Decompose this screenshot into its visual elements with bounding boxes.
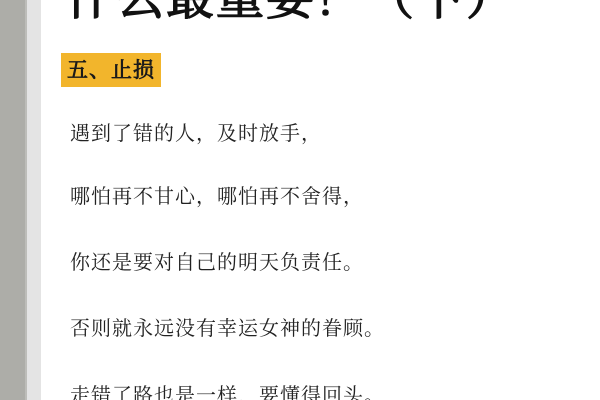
- body-line-3: 你还是要对自己的明天负责任。: [70, 252, 364, 272]
- section-heading-highlight: 五、止损: [61, 53, 161, 87]
- body-line-2: 哪怕再不甘心，哪怕再不舍得，: [70, 186, 364, 206]
- body-line-4: 否则就永远没有幸运女神的眷顾。: [70, 318, 385, 338]
- body-line-1: 遇到了错的人，及时放手，: [70, 123, 322, 143]
- page-title: 什么最重要？（下）: [66, 0, 516, 22]
- page-margin: [27, 0, 41, 400]
- left-background: [0, 0, 25, 400]
- body-line-5: 走错了路也是一样，要懂得回头。: [70, 385, 385, 400]
